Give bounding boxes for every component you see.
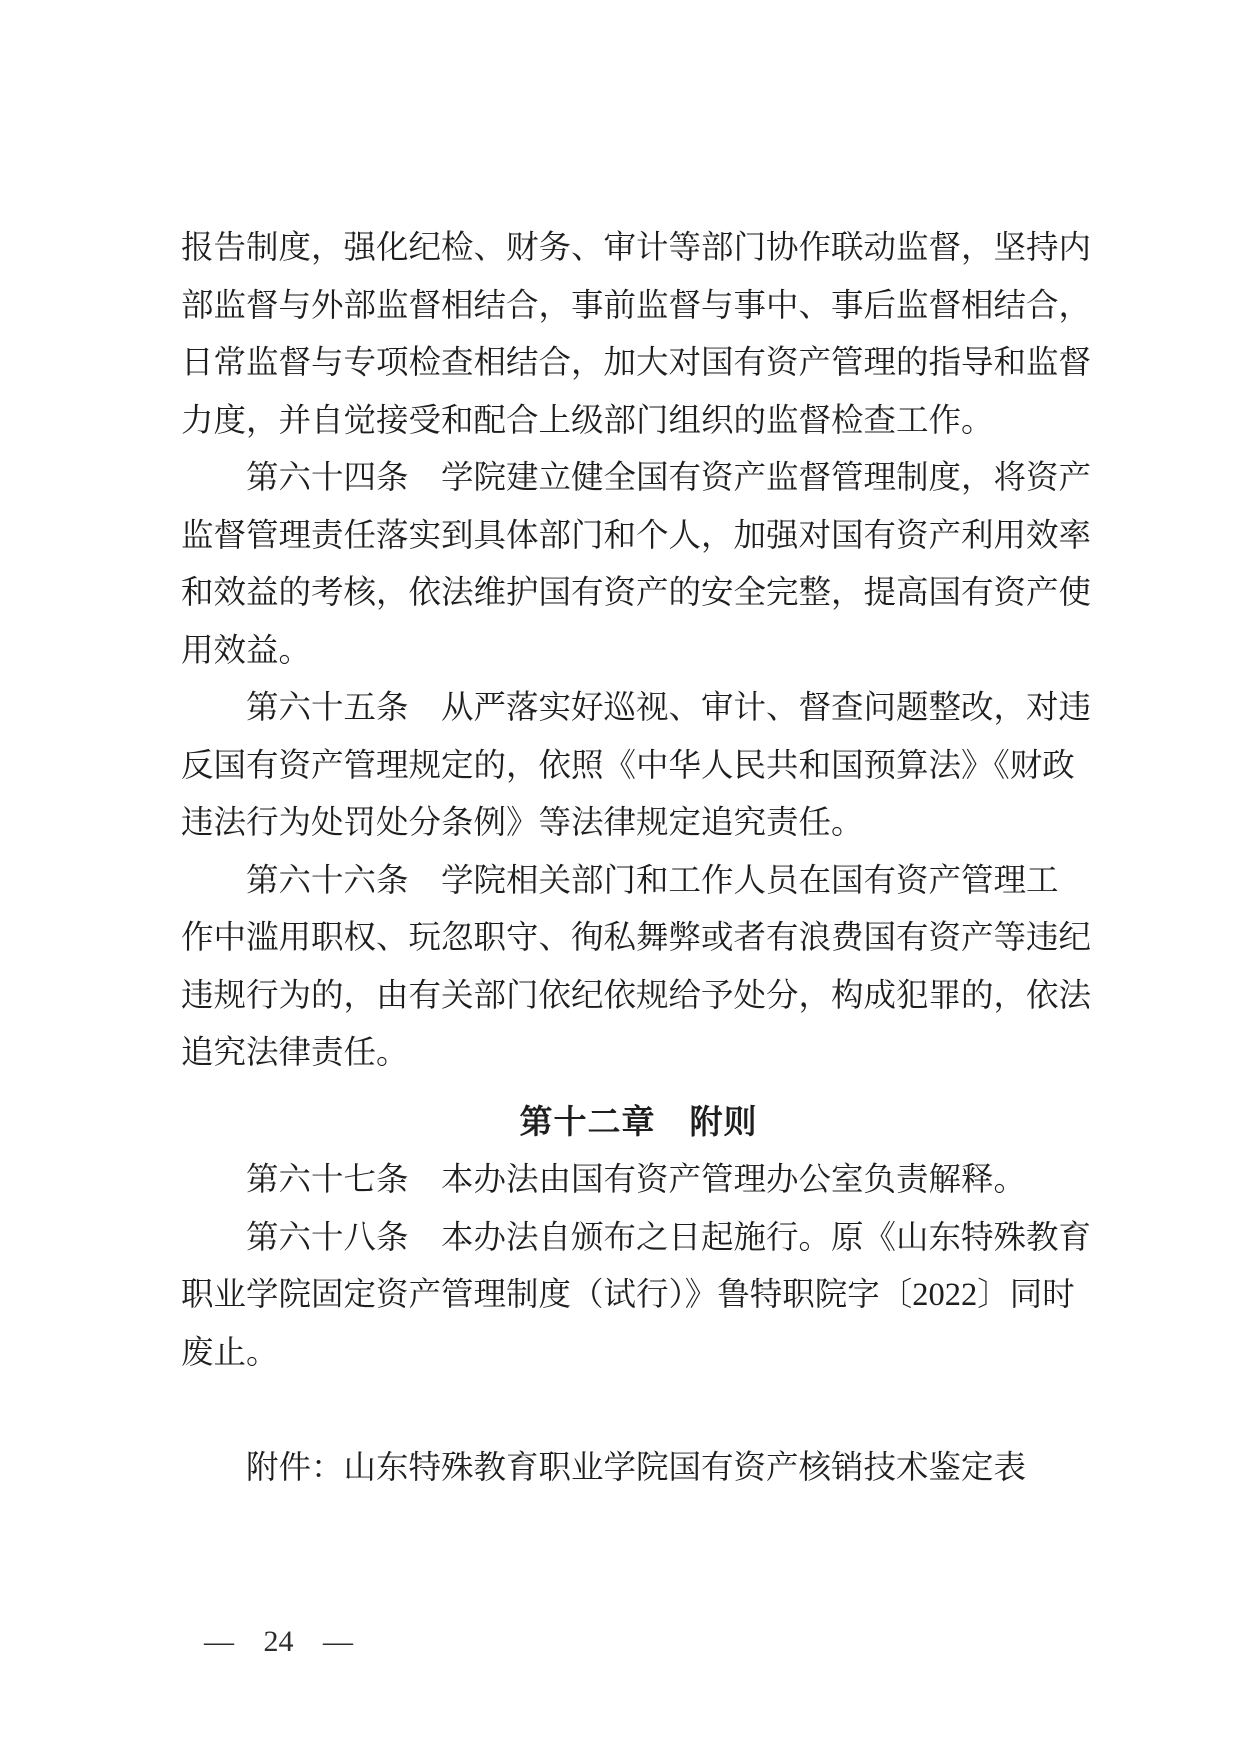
text-line: 废止。	[181, 1325, 1096, 1383]
text-line: 追究法律责任。	[181, 1025, 1096, 1083]
paragraph-start-line: 第六十六条 学院相关部门和工作人员在国有资产管理工	[181, 853, 1096, 911]
document-body: 报告制度，强化纪检、财务、审计等部门协作联动监督，坚持内部监督与外部监督相结合，…	[181, 220, 1096, 1497]
attachment-line: 附件：山东特殊教育职业学院国有资产核销技术鉴定表	[181, 1440, 1096, 1498]
text-line: 日常监督与专项检查相结合，加大对国有资产管理的指导和监督	[181, 335, 1096, 393]
text-line: 作中滥用职权、玩忽职守、徇私舞弊或者有浪费国有资产等违纪	[181, 910, 1096, 968]
text-line: 和效益的考核，依法维护国有资产的安全完整，提高国有资产使	[181, 565, 1096, 623]
paragraph-start-line: 第六十八条 本办法自颁布之日起施行。原《山东特殊教育	[181, 1210, 1096, 1268]
paragraph-start-line: 第六十四条 学院建立健全国有资产监督管理制度，将资产	[181, 450, 1096, 508]
text-line: 职业学院固定资产管理制度（试行）》鲁特职院字〔2022〕同时	[181, 1267, 1096, 1325]
text-line: 力度，并自觉接受和配合上级部门组织的监督检查工作。	[181, 393, 1096, 451]
chapter-heading: 第十二章 附则	[181, 1095, 1096, 1153]
text-line: 用效益。	[181, 623, 1096, 681]
text-line: 监督管理责任落实到具体部门和个人，加强对国有资产利用效率	[181, 508, 1096, 566]
text-line: 违规行为的，由有关部门依纪依规给予处分，构成犯罪的，依法	[181, 968, 1096, 1026]
paragraph-start-line: 第六十五条 从严落实好巡视、审计、督查问题整改，对违	[181, 680, 1096, 738]
text-line: 报告制度，强化纪检、财务、审计等部门协作联动监督，坚持内	[181, 220, 1096, 278]
paragraph-start-line: 第六十七条 本办法由国有资产管理办公室负责解释。	[181, 1152, 1096, 1210]
text-line: 违法行为处罚处分条例》等法律规定追究责任。	[181, 795, 1096, 853]
text-line: 反国有资产管理规定的，依照《中华人民共和国预算法》《财政	[181, 738, 1096, 796]
document-page: 报告制度，强化纪检、财务、审计等部门协作联动监督，坚持内部监督与外部监督相结合，…	[0, 0, 1241, 1755]
text-line: 部监督与外部监督相结合，事前监督与事中、事后监督相结合，	[181, 278, 1096, 336]
page-number: — 24 —	[204, 1624, 353, 1660]
